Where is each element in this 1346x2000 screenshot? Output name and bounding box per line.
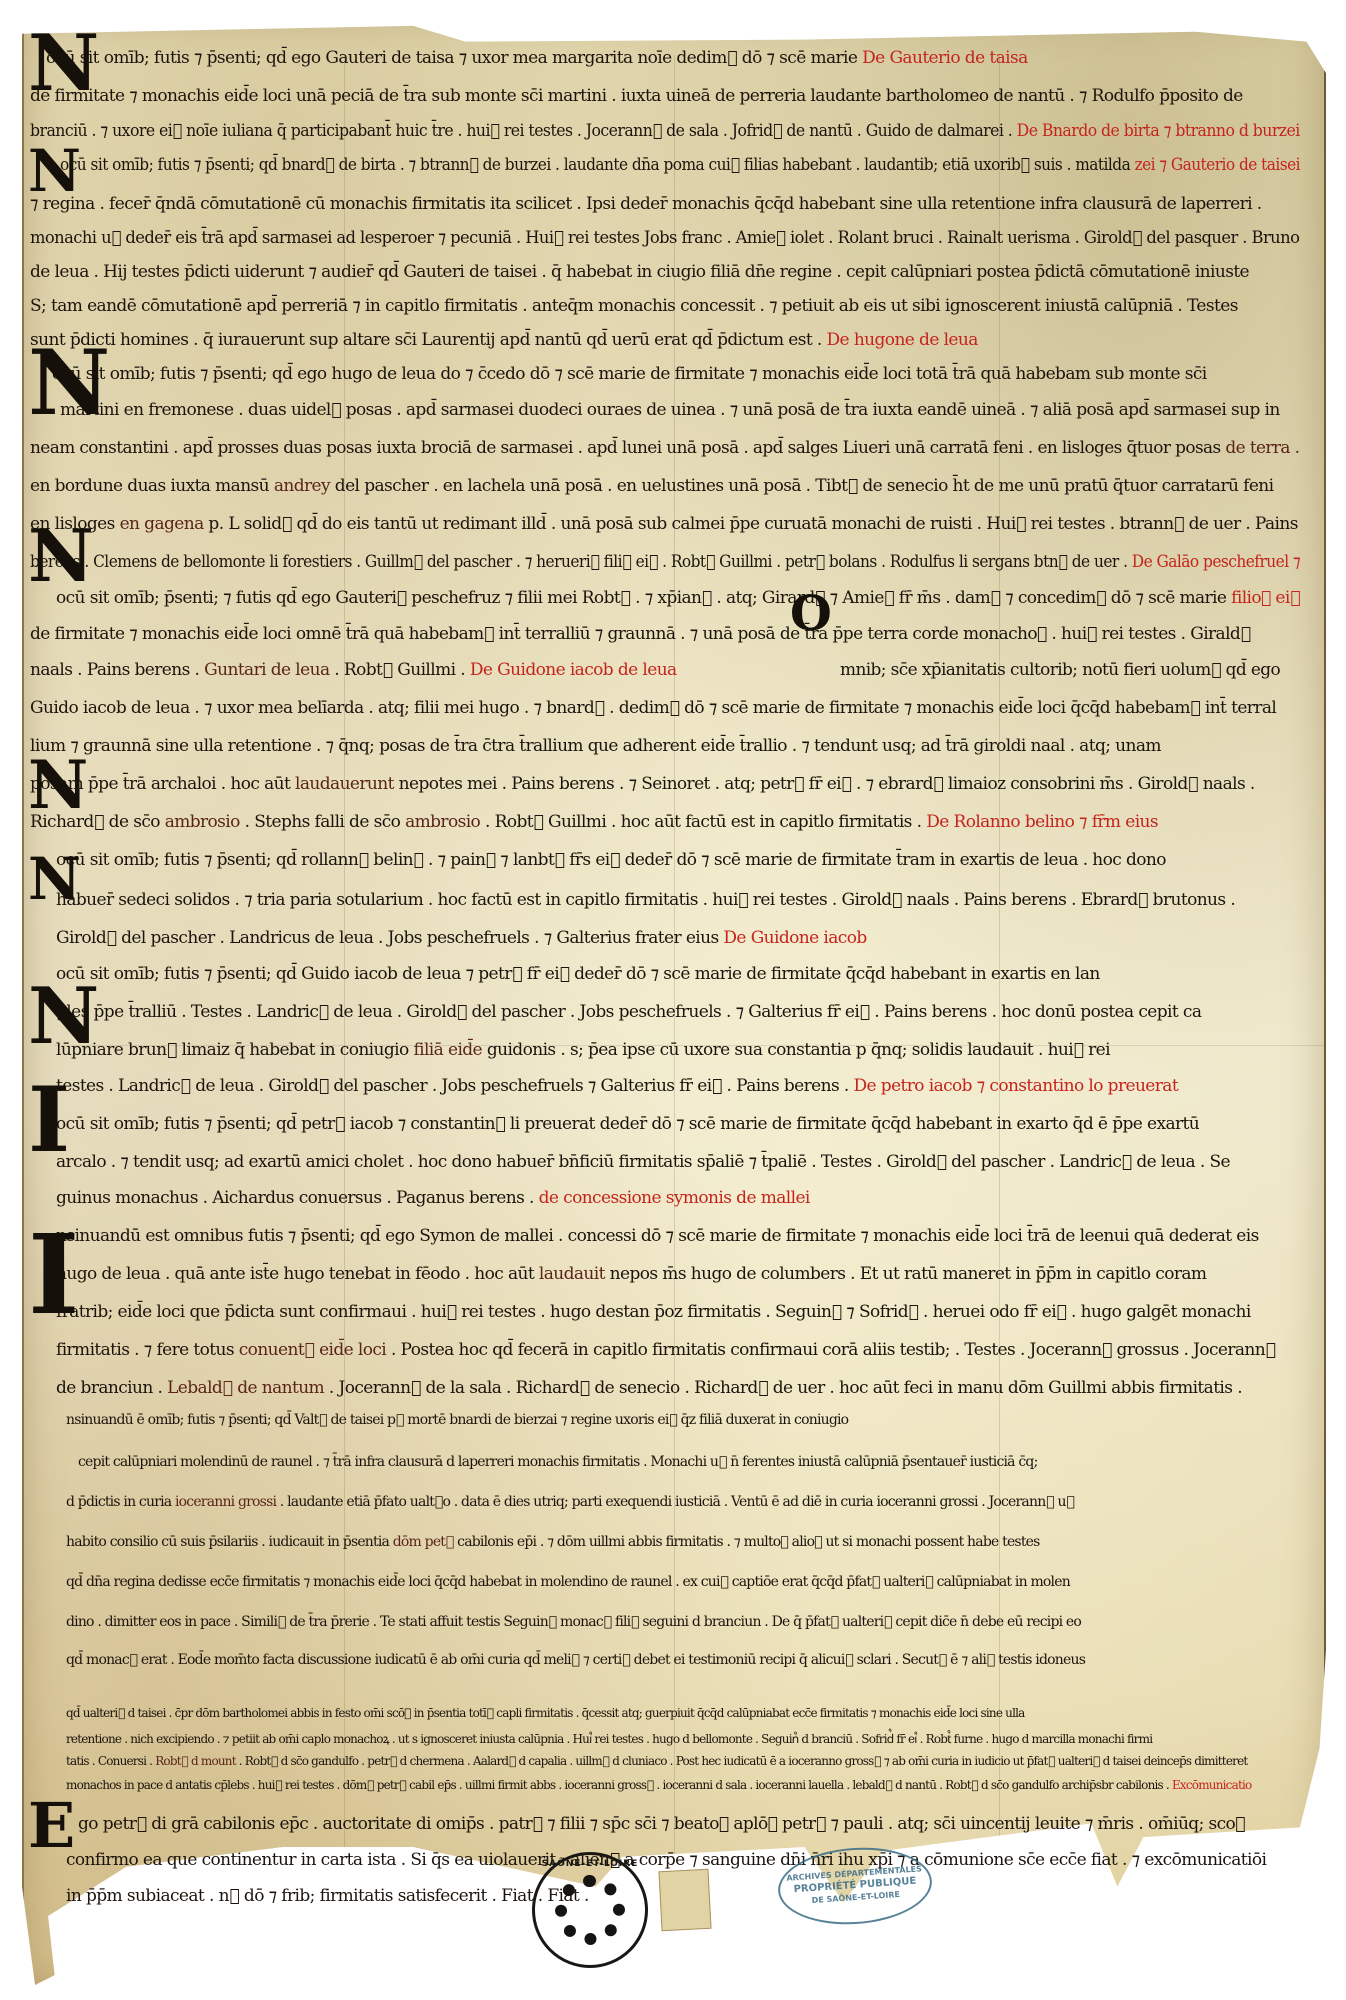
decorated-initial-letter: N [28,142,81,200]
charter-text-segment: habito consilio cū suis p̄silariis . iud… [66,1534,393,1550]
charter-line: ocū sit omīb; p̄senti; ⁊ futis qd̄ ego G… [56,588,1300,608]
charter-text-segment: nepotes mei . Pains berens . ⁊ Seinoret … [394,774,1255,794]
charter-text-segment: mnib; sc̄e xp̄ianitatis cultorib; notū f… [840,660,1280,680]
charter-line: de branciun . Lebald᷒ de nantum . Jocera… [56,1378,1242,1398]
decorated-initial-letter: I [28,1220,79,1330]
charter-text-segment: berens . Clemens de bellomonte li forest… [30,552,1132,572]
charter-text-segment: ambrosio [165,812,240,832]
charter-text-segment: laudauit [539,1264,605,1284]
charter-text-segment: Guido iacob de leua . ⁊ uxor mea belīard… [30,698,1276,718]
rubric-heading: zei ⁊ Gauterio de taisei [1135,155,1300,175]
charter-text-segment: ioceranni grossi [175,1494,276,1510]
charter-line: retentione . nich excipiendo . ⁊ petiit … [66,1730,1152,1747]
charter-text-segment: qd̄ ualteri᷒ d taisei . c̄pr dōm barthol… [66,1706,1025,1720]
charter-line: go petr᷒ di grā cabilonis ep̄c . auctori… [78,1814,1245,1834]
charter-line: qd̄ dn̄a regina dedisse ecc̄e firmitatis… [66,1574,1070,1590]
charter-text-segment: . Robt᷒ d sc̄o gandulfo . petr᷒ d cherme… [236,1754,1248,1768]
charter-line: mnib; sc̄e xp̄ianitatis cultorib; notū f… [840,660,1280,680]
charter-text-segment: nepos m̄s hugo de columbers . Et ut ratū… [605,1264,1207,1284]
charter-line: de firmitate ⁊ monachis eid̄e loci unā p… [30,86,1243,106]
charter-text-segment: cepit calūpniari molendinū de raunel . ⁊… [78,1454,1038,1470]
charter-line: firmitatis . ⁊ fere totus conuent᷒ eid̄e… [56,1340,1275,1360]
charter-text-segment: ⁊ regina . fecer̄ q̄ndā cōmutationē cū m… [30,194,1262,214]
rubric-heading: De Guidone iacob de leua [470,660,677,680]
charter-line: ocū sit omīb; futis ⁊ p̄senti; qd̄ ego h… [52,364,1207,384]
charter-text-segment: cabilonis ep̄i . ⁊ dōm uillmi abbis firm… [454,1534,1040,1550]
charter-line: monachi u᷒ deder̄ eis t̄rā apd̄ sarmasei… [30,228,1299,248]
charter-line: nsinuandū est omnibus futis ⁊ p̄senti; q… [56,1226,1259,1246]
charter-text-segment: de branciun . [56,1378,167,1398]
charter-text-segment: neam constantini . apd̄ prosses duas pos… [30,438,1225,458]
charter-line: S; tam eandē cōmutationē apd̄ perreriā ⁊… [30,296,1238,316]
charter-line: dino . dimitter eos in pace . Simili᷒ de… [66,1614,1081,1630]
charter-line: fratrib; eid̄e loci que p̄dicta sunt con… [56,1302,1251,1322]
rubric-heading: De Galāo peschefruel ⁊ [1132,552,1300,572]
rubric-heading: De petro iacob ⁊ constantino lo preuerat [854,1076,1179,1096]
charter-line: ocū sit omīb; futis ⁊ p̄senti; qd̄ petr᷒… [56,1114,1199,1134]
charter-line: neam constantini . apd̄ prosses duas pos… [30,438,1299,458]
charter-line: hugo de leua . quā ante ist̄e hugo teneb… [56,1264,1206,1284]
charter-text-segment: nsinuandū ē omīb; futis ⁊ p̄senti; qd̄ V… [66,1412,848,1428]
charter-text-segment: en gagena [120,514,204,534]
charter-line: ocū sit omīb; futis ⁊ p̄senti; qd̄ ego G… [46,48,1028,68]
decorated-initial-letter: E [28,1795,75,1857]
charter-text-segment: branciū . ⁊ uxore ei᷒ noīe iuliana q̄ pa… [30,121,1017,141]
charter-text-segment: ocū sit omīb; futis ⁊ p̄senti; qd̄ Guido… [56,964,1100,984]
charter-text-segment: ocū sit omīb; futis ⁊ p̄senti; qd̄ bnard… [60,155,1135,175]
charter-text-segment: guidonis . s; p̄ea ipse cū uxore sua con… [482,1040,1110,1060]
charter-text-segment: monachos in pace d antatis cp̄lebs . hui… [66,1778,1172,1792]
charter-line: ocū sit omīb; futis ⁊ p̄senti; qd̄ bnard… [60,155,1300,175]
charter-text-segment: martini en fremonese . duas uidel᷒ posas… [60,400,1280,420]
charter-line: lium ⁊ graunnā sine ulla retentione . ⁊ … [30,736,1161,756]
charter-line: Guido iacob de leua . ⁊ uxor mea belīard… [30,698,1276,718]
charter-text-segment: dino . dimitter eos in pace . Simili᷒ de… [66,1614,1081,1630]
charter-text-segment: de terra . [1225,438,1299,458]
charter-line: d p̄dictis in curia ioceranni grossi . l… [66,1494,1074,1510]
charter-line: in p̄p̄m subiaceat . n᷒ dō ⁊ frib; firmi… [66,1886,589,1906]
charter-text-segment: naals . Pains berens . [30,660,204,680]
charter-text-segment: guinus monachus . Aichardus conuersus . … [56,1188,539,1208]
charter-text-segment: . laudante etiā p̄fato ualt᷒o . data ē d… [276,1494,1074,1510]
charter-text-segment: gles p̄pe t̄ralliū . Testes . Landric᷒ d… [56,1002,1201,1022]
charter-line: guinus monachus . Aichardus conuersus . … [56,1188,810,1208]
charter-line: Girold᷒ del pascher . Landricus de leua … [56,928,867,948]
charter-text-segment: . Jocerann᷒ de la sala . Richard᷒ de sen… [324,1378,1242,1398]
charter-line: lūpniare brun᷒ limaiz q̄ habebat in coni… [56,1040,1110,1060]
charter-text-segment: ocū sit omīb; p̄senti; ⁊ futis qd̄ ego G… [56,588,1231,608]
charter-line: branciū . ⁊ uxore ei᷒ noīe iuliana q̄ pa… [30,121,1300,141]
rubric-heading: De Rolanno belino ⁊ fr̄m eius [926,812,1158,832]
charter-text-segment: conuent᷒ eid̄e loci [239,1340,386,1360]
charter-text-segment: tatis . Conuersi . [66,1754,155,1768]
decorated-initial-letter: N [28,520,94,592]
charter-text-segment: S; tam eandē cōmutationē apd̄ perreriā ⁊… [30,296,1238,316]
charter-line: de firmitate ⁊ monachis eid̄e loci omnē … [30,624,1250,644]
rubric-heading: filioꝝ ei᷒ [1231,588,1300,608]
seal-ring-text: SAÔNE-ET-LOIRE [535,1859,645,1869]
charter-text-segment: arcalo . ⁊ tendit usq; ad exartū amici c… [56,1152,1230,1172]
charter-line: monachos in pace d antatis cp̄lebs . hui… [66,1778,1251,1792]
charter-text-segment: . Robt᷒ Guillmi . [329,660,469,680]
charter-text-segment: . Robt᷒ Guillmi . hoc aūt factū est in c… [480,812,926,832]
charter-text-segment: hugo de leua . quā ante ist̄e hugo teneb… [56,1264,539,1284]
charter-line: ocū sit omīb; futis ⁊ p̄senti; qd̄ rolla… [56,850,1166,870]
charter-line: berens . Clemens de bellomonte li forest… [30,552,1300,572]
charter-text-segment: filiā eid̄e [413,1040,482,1060]
rubric-heading: De hugone de leua [827,330,978,350]
charter-text-segment: . Stephs falli de sc̄o [240,812,405,832]
charter-text-segment: de leua . Hij testes p̄dicti uiderunt ⁊ … [30,262,1249,282]
charter-text-segment: testes . Landric᷒ de leua . Girold᷒ del … [56,1076,854,1096]
charter-text-segment: retentione . nich excipiendo . ⁊ petiit … [66,1732,1152,1746]
charter-line: gles p̄pe t̄ralliū . Testes . Landric᷒ d… [56,1002,1201,1022]
charter-text-segment: confirmo ea que continentur in carta ist… [66,1850,1266,1870]
charter-text-segment: ocū sit omīb; futis ⁊ p̄senti; qd̄ ego h… [52,364,1207,384]
charter-text-segment: Lebald᷒ de nantum [167,1378,324,1398]
charter-line: habuer̄ sedeci solidos . ⁊ tria paria so… [56,890,1235,910]
charter-text-segment: fratrib; eid̄e loci que p̄dicta sunt con… [56,1302,1251,1322]
charter-text-segment: d p̄dictis in curia [66,1494,175,1510]
rubric-heading: Excōmunicatio [1172,1778,1252,1792]
charter-line: tatis . Conuersi . Robt᷒ d mount . Robt᷒… [66,1754,1247,1768]
charter-text-segment: monachi u᷒ deder̄ eis t̄rā apd̄ sarmasei… [30,228,1299,248]
rubric-heading: De Guidone iacob [723,928,866,948]
charter-line: en bordune duas iuxta mansū andrey del p… [30,476,1273,496]
decorated-initial-letter: N [28,850,81,908]
charter-line: sunt p̄dicti homines . q̄ iurauerunt sup… [30,330,978,350]
charter-text-segment: ambrosio [405,812,480,832]
charter-line: arcalo . ⁊ tendit usq; ad exartū amici c… [56,1152,1230,1172]
rubric-heading: De Gauterio de taisa [862,48,1027,68]
charter-line: habito consilio cū suis p̄silariis . iud… [66,1534,1040,1550]
saone-et-loire-seal-stamp: SAÔNE-ET-LOIRE [532,1852,648,1968]
charter-text-segment: ocū sit omīb; futis ⁊ p̄senti; qd̄ ego G… [46,48,862,68]
charter-line: nsinuandū ē omīb; futis ⁊ p̄senti; qd̄ V… [66,1412,848,1428]
charter-line: ocū sit omīb; futis ⁊ p̄senti; qd̄ Guido… [56,964,1100,984]
charter-text-segment: Girold᷒ del pascher . Landricus de leua … [56,928,723,948]
decorated-initial-letter: N [28,338,110,428]
charter-line: qd̄ ualteri᷒ d taisei . c̄pr dōm barthol… [66,1706,1025,1720]
charter-text-segment: ocū sit omīb; futis ⁊ p̄senti; qd̄ petr᷒… [56,1114,1199,1134]
charter-text-segment: dōm pet᷒ [393,1534,454,1550]
charter-text-segment: p. L solid᷒ qd̄ do eis tantū ut redimant… [204,514,1298,534]
charter-line: de leua . Hij testes p̄dicti uiderunt ⁊ … [30,262,1249,282]
charter-text-segment: qd̄ monac᷒ erat . Eod̄e mom̄to facta dis… [66,1652,1085,1668]
charter-text-segment: . Postea hoc qd̄ fecerā in capitlo firmi… [386,1340,1275,1360]
charter-text-segment: andrey [274,476,330,496]
charter-line: martini en fremonese . duas uidel᷒ posas… [60,400,1280,420]
charter-line: ⁊ regina . fecer̄ q̄ndā cōmutationē cū m… [30,194,1262,214]
decorated-initial-letter: I [28,1075,70,1165]
charter-line: posam p̄pe t̄rā archaloi . hoc aūt lauda… [30,774,1255,794]
charter-line: testes . Landric᷒ de leua . Girold᷒ del … [56,1076,1178,1096]
charter-text-segment: go petr᷒ di grā cabilonis ep̄c . auctori… [78,1814,1245,1834]
charter-text-segment: Robt᷒ d mount [155,1754,236,1768]
charter-line: en lisloges en gagena p. L solid᷒ qd̄ do… [30,514,1298,534]
wreath-icon [555,1875,625,1945]
decorated-initial-letter: N [28,978,99,1056]
charter-text-segment: laudauerunt [295,774,394,794]
charter-text-segment: de firmitate ⁊ monachis eid̄e loci omnē … [30,624,1250,644]
charter-text-segment: sunt p̄dicti homines . q̄ iurauerunt sup… [30,330,827,350]
charter-text-segment: lūpniare brun᷒ limaiz q̄ habebat in coni… [56,1040,413,1060]
charter-text-segment: qd̄ dn̄a regina dedisse ecc̄e firmitatis… [66,1574,1070,1590]
folded-parchment-tab [658,1869,711,1932]
charter-line: Richard᷒ de sc̄o ambrosio . Stephs falli… [30,812,1158,832]
decorated-initial-letter: N [28,752,88,818]
charter-text-segment: en bordune duas iuxta mansū [30,476,274,496]
decorated-initial-letter: O [790,590,832,638]
charter-text-segment: habuer̄ sedeci solidos . ⁊ tria paria so… [56,890,1235,910]
charter-line: cepit calūpniari molendinū de raunel . ⁊… [78,1454,1038,1470]
charter-text-segment: de firmitate ⁊ monachis eid̄e loci unā p… [30,86,1243,106]
charter-text-segment: del pascher . en lachela unā posā . en u… [330,476,1273,496]
charter-line: confirmo ea que continentur in carta ist… [66,1850,1266,1870]
decorated-initial-letter: N [28,25,99,103]
charter-text-segment: lium ⁊ graunnā sine ulla retentione . ⁊ … [30,736,1161,756]
rubric-heading: de concessione symonis de mallei [539,1188,810,1208]
charter-text-segment: ocū sit omīb; futis ⁊ p̄senti; qd̄ rolla… [56,850,1166,870]
charter-text-segment: nsinuandū est omnibus futis ⁊ p̄senti; q… [56,1226,1259,1246]
charter-line: naals . Pains berens . Guntari de leua .… [30,660,677,680]
charter-text-segment: Guntari de leua [204,660,329,680]
charter-text-segment: in p̄p̄m subiaceat . n᷒ dō ⁊ frib; firmi… [66,1886,589,1906]
rubric-heading: De Bnardo de birta ⁊ btranno d burzei [1017,121,1300,141]
charter-text-segment: firmitatis . ⁊ fere totus [56,1340,239,1360]
charter-line: qd̄ monac᷒ erat . Eod̄e mom̄to facta dis… [66,1652,1085,1668]
